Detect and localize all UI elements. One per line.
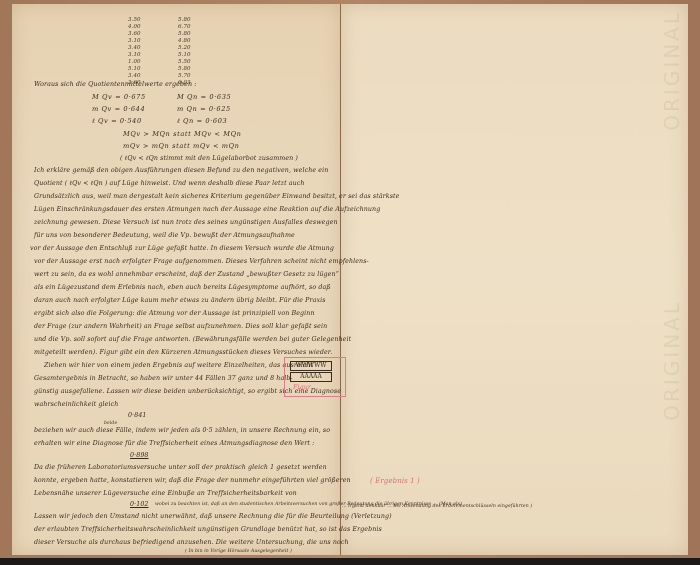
comparison-line: MQv > MQn statt MQv < MQn	[123, 131, 241, 138]
number-cell: 5.80	[178, 17, 191, 24]
watermark-top: ORIGINAL	[660, 10, 684, 131]
text-line: für uns von besonderer Bedeutung, weil d…	[34, 232, 295, 239]
text-line: Ich erkläre gemäß den obigen Ausführunge…	[34, 167, 328, 174]
number-cell: 5.50	[178, 59, 191, 66]
number-cell: 1.00	[128, 59, 141, 66]
number-cell: 6.70	[178, 24, 191, 31]
right-manuscript-page	[341, 4, 688, 555]
text-line: Lügen Einschränkungsdauer des ersten Atm…	[34, 206, 380, 213]
text-line: als ein Lügezustand dem Erlebnis nach, e…	[34, 284, 331, 291]
text-line: Gesamtergebnis in Betracht, so haben wir…	[34, 375, 293, 382]
value-right: ℓ Qn = 0·603	[177, 118, 227, 125]
text-line: Da die früheren Laboratoriumsversuche un…	[34, 464, 327, 471]
number-cell: 3.10	[128, 38, 141, 45]
figure-wave-row: AAAAA	[290, 372, 332, 382]
value-right: M Qn = 0·635	[177, 94, 231, 101]
text-line: mitgeteilt werden). Figur gibt ein den K…	[34, 349, 332, 356]
text-line: Ziehen wir hier von einem jeden Ergebnis…	[44, 362, 313, 369]
number-cell: 5.10	[178, 52, 191, 59]
number-cell: 4.00	[128, 24, 141, 31]
scan-bottom-edge	[0, 558, 700, 565]
text-line: wahrscheinlichkeit gleich	[34, 401, 118, 408]
value-left: ℓ Qv = 0·540	[92, 118, 142, 125]
text-line: konnte, ergeben hatte, konstatieren wir,…	[34, 477, 351, 484]
text-line: der erlaubten Treffsicherheitswahrschein…	[34, 526, 382, 533]
number-cell: 5.20	[178, 45, 191, 52]
comparison-line: mQv > mQn statt mQv < mQn	[123, 143, 239, 150]
number-cell: 5.10	[128, 66, 141, 73]
text-line: wert zu sein, da es wohl annehmbar ersch…	[34, 271, 339, 278]
text-line: der Frage (zur andern Wahrheit) an Frage…	[34, 323, 327, 330]
comparison-line: ( ℓQv < ℓQn stimmt mit den Lügelaborbot …	[120, 155, 298, 162]
number-cell: 3.40	[128, 73, 141, 80]
text-line: beziehen wir auch diese Fälle, indem wir…	[34, 427, 330, 434]
text-line: vor der Aussage erst nach erfolgter Frag…	[34, 258, 369, 265]
text-line: vor der Aussage den Entschluß zur Lüge g…	[30, 245, 334, 252]
figure-reference-box: WWWWW AAAAA Figur	[284, 357, 346, 397]
text-line: Lebensnähe unserer Lügeversuche eine Ein…	[34, 490, 297, 497]
text-line: Grundsätzlich aus, weil man dergestalt k…	[34, 193, 400, 200]
page-gutter	[340, 4, 341, 555]
number-cell: 5.80	[178, 66, 191, 73]
number-cell: 3.50	[128, 17, 141, 24]
fraction-value: 0·841	[128, 412, 147, 419]
text-line: Quotient ( ℓQv < ℓQn ) auf Lüge hinweist…	[34, 180, 305, 187]
bottom-note: ( In bin in Vorige Hörsaale Ausgelegenhe…	[185, 548, 292, 555]
number-cell: 5.80	[178, 31, 191, 38]
number-cell: 3.60	[128, 31, 141, 38]
number-cell: 5.70	[178, 73, 191, 80]
continuation-line: … irgend denkbar … bei Anwendung des Erd…	[342, 503, 532, 510]
number-cell: 3.40	[128, 45, 141, 52]
insert-above: beide	[104, 420, 117, 427]
text-line: und die Vp. soll sofort auf die Frage an…	[34, 336, 351, 343]
number-cell: 3.10	[128, 52, 141, 59]
text-line: daran auch nach erfolgter Lüge kaum mehr…	[34, 297, 326, 304]
red-annotation: ( Ergebnis 1 )	[370, 478, 420, 485]
text-line: ergibt sich also die Folgerung: die Atmu…	[34, 310, 315, 317]
text-line: zeichnung gewesen. Diese Versuch ist nun…	[34, 219, 338, 226]
value-right: m Qn = 0·625	[177, 106, 231, 113]
intro-line: Woraus sich die Quotientenmittelwerte er…	[34, 81, 196, 88]
text-line: dieser Versuche als durchaus befriedigen…	[34, 539, 349, 546]
figure-wave-row: WWWWW	[290, 361, 332, 371]
value-left: m Qv = 0·644	[92, 106, 145, 113]
number-cell: 4.80	[178, 38, 191, 45]
figure-label: Figur	[293, 384, 311, 391]
watermark-bottom: ORIGINAL	[660, 300, 684, 421]
fraction-value: 0·898	[130, 452, 149, 459]
value-left: M Qv = 0·675	[92, 94, 146, 101]
text-line: erhalten wir eine Diagnose für die Treff…	[34, 440, 314, 447]
text-line: Lassen wir jedoch den Umstand nicht uner…	[34, 513, 392, 520]
fraction-value: 0·102	[130, 501, 149, 508]
